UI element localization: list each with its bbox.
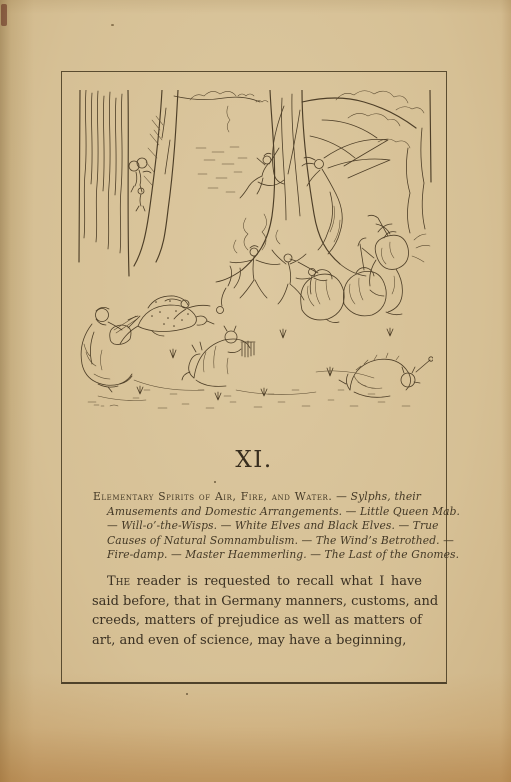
body-line: art, and even of science, may have a beg…	[92, 633, 422, 653]
chapter-number: XI.	[61, 447, 447, 473]
chapter-summary: Elementary Spirits of Air, Fire, and Wat…	[93, 490, 421, 563]
summary-italic-lead: — Sylphs, their	[332, 490, 421, 503]
body-paragraph: The reader is requested to recall what I…	[92, 574, 422, 652]
body-line-text: reader is requested to recall what I hav…	[130, 574, 422, 589]
scan-speck	[186, 693, 188, 695]
scan-speck	[214, 481, 216, 483]
chapter-illustration	[78, 90, 433, 412]
summary-line: Fire-damp. — Master Haemmerling. — The L…	[93, 548, 421, 563]
drop-cap: T	[107, 574, 116, 589]
summary-line: Elementary Spirits of Air, Fire, and Wat…	[93, 490, 421, 505]
page-edge-mark	[1, 4, 7, 26]
summary-line: Amusements and Domestic Arrangements. — …	[93, 505, 421, 520]
summary-smallcaps-lead: Elementary Spirits of Air, Fire, and Wat…	[93, 490, 332, 503]
body-line: said before, that in Germany manners, cu…	[92, 594, 422, 614]
body-line: The reader is requested to recall what I…	[92, 574, 422, 594]
summary-line: Causes of Natural Somnambulism. — The Wi…	[93, 534, 421, 549]
scan-speck	[111, 24, 114, 26]
body-line: creeds, matters of prejudice as well as …	[92, 613, 422, 633]
lead-smallcaps: he	[116, 574, 130, 589]
book-page: XI. Elementary Spirits of Air, Fire, and…	[0, 0, 511, 782]
summary-line: — Will-o’-the-Wisps. — White Elves and B…	[93, 519, 421, 534]
